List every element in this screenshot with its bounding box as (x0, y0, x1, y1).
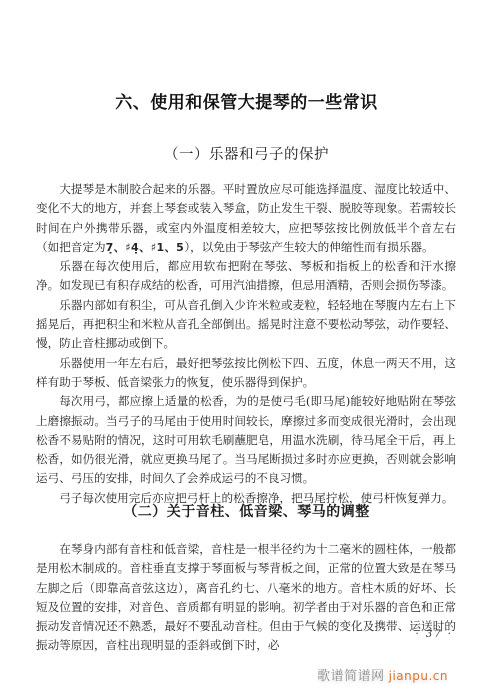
watermark-domain: jianpu.cn (389, 669, 448, 683)
paragraph-text: ），以免由于琴弦产生较大的伸缩性而有损乐器。 (184, 240, 433, 254)
section-title-2: （二）关于音柱、低音梁、琴马的调整 (0, 501, 493, 521)
document-page: 六、使用和保管大提琴的一些常识 （一）乐器和弓子的保护 大提琴是木制胶合起来的乐… (0, 0, 493, 690)
page-number: · 37 · (416, 629, 453, 640)
watermark: 歌谱简谱网jianpu.cn (317, 665, 448, 684)
paragraph: 乐器使用一年左右后，最好把琴弦按比例松下四、五度，休息一两天不用，这样有助于琴板… (36, 354, 456, 393)
paragraph: 大提琴是木制胶合起来的乐器。平时置放应尽可能选择温度、湿度比较适中、变化不大的地… (36, 180, 456, 257)
section-1-body: 大提琴是木制胶合起来的乐器。平时置放应尽可能选择温度、湿度比较适中、变化不大的地… (36, 180, 456, 508)
chapter-title: 六、使用和保管大提琴的一些常识 (0, 88, 493, 113)
paragraph: 乐器内部如有积尘，可从音孔倒入少许米粒或麦粒，轻轻地在琴腹内左右上下摇晃后，再把… (36, 296, 456, 354)
watermark-site-name: 歌谱简谱网 (317, 669, 385, 684)
paragraph: 乐器在每次使用后，都应用软布把附在琴弦、琴板和指板上的松香和汗水擦净。如发现已有… (36, 257, 456, 296)
paragraph: 每次用弓，都应擦上适量的松香，为的是使弓毛(即马尾)能较好地贴附在琴弦上磨擦振动… (36, 392, 456, 488)
section-2-body: 在琴身内部有音柱和低音梁，音柱是一根半径约为十二毫米的圆柱体，一般都是用松木制成… (36, 540, 456, 656)
paragraph: 在琴身内部有音柱和低音梁，音柱是一根半径约为十二毫米的圆柱体，一般都是用松木制成… (36, 540, 456, 656)
musical-notation: 7̣、♯4̣、♯1、5 (106, 241, 185, 254)
section-title-1: （一）乐器和弓子的保护 (0, 143, 493, 164)
